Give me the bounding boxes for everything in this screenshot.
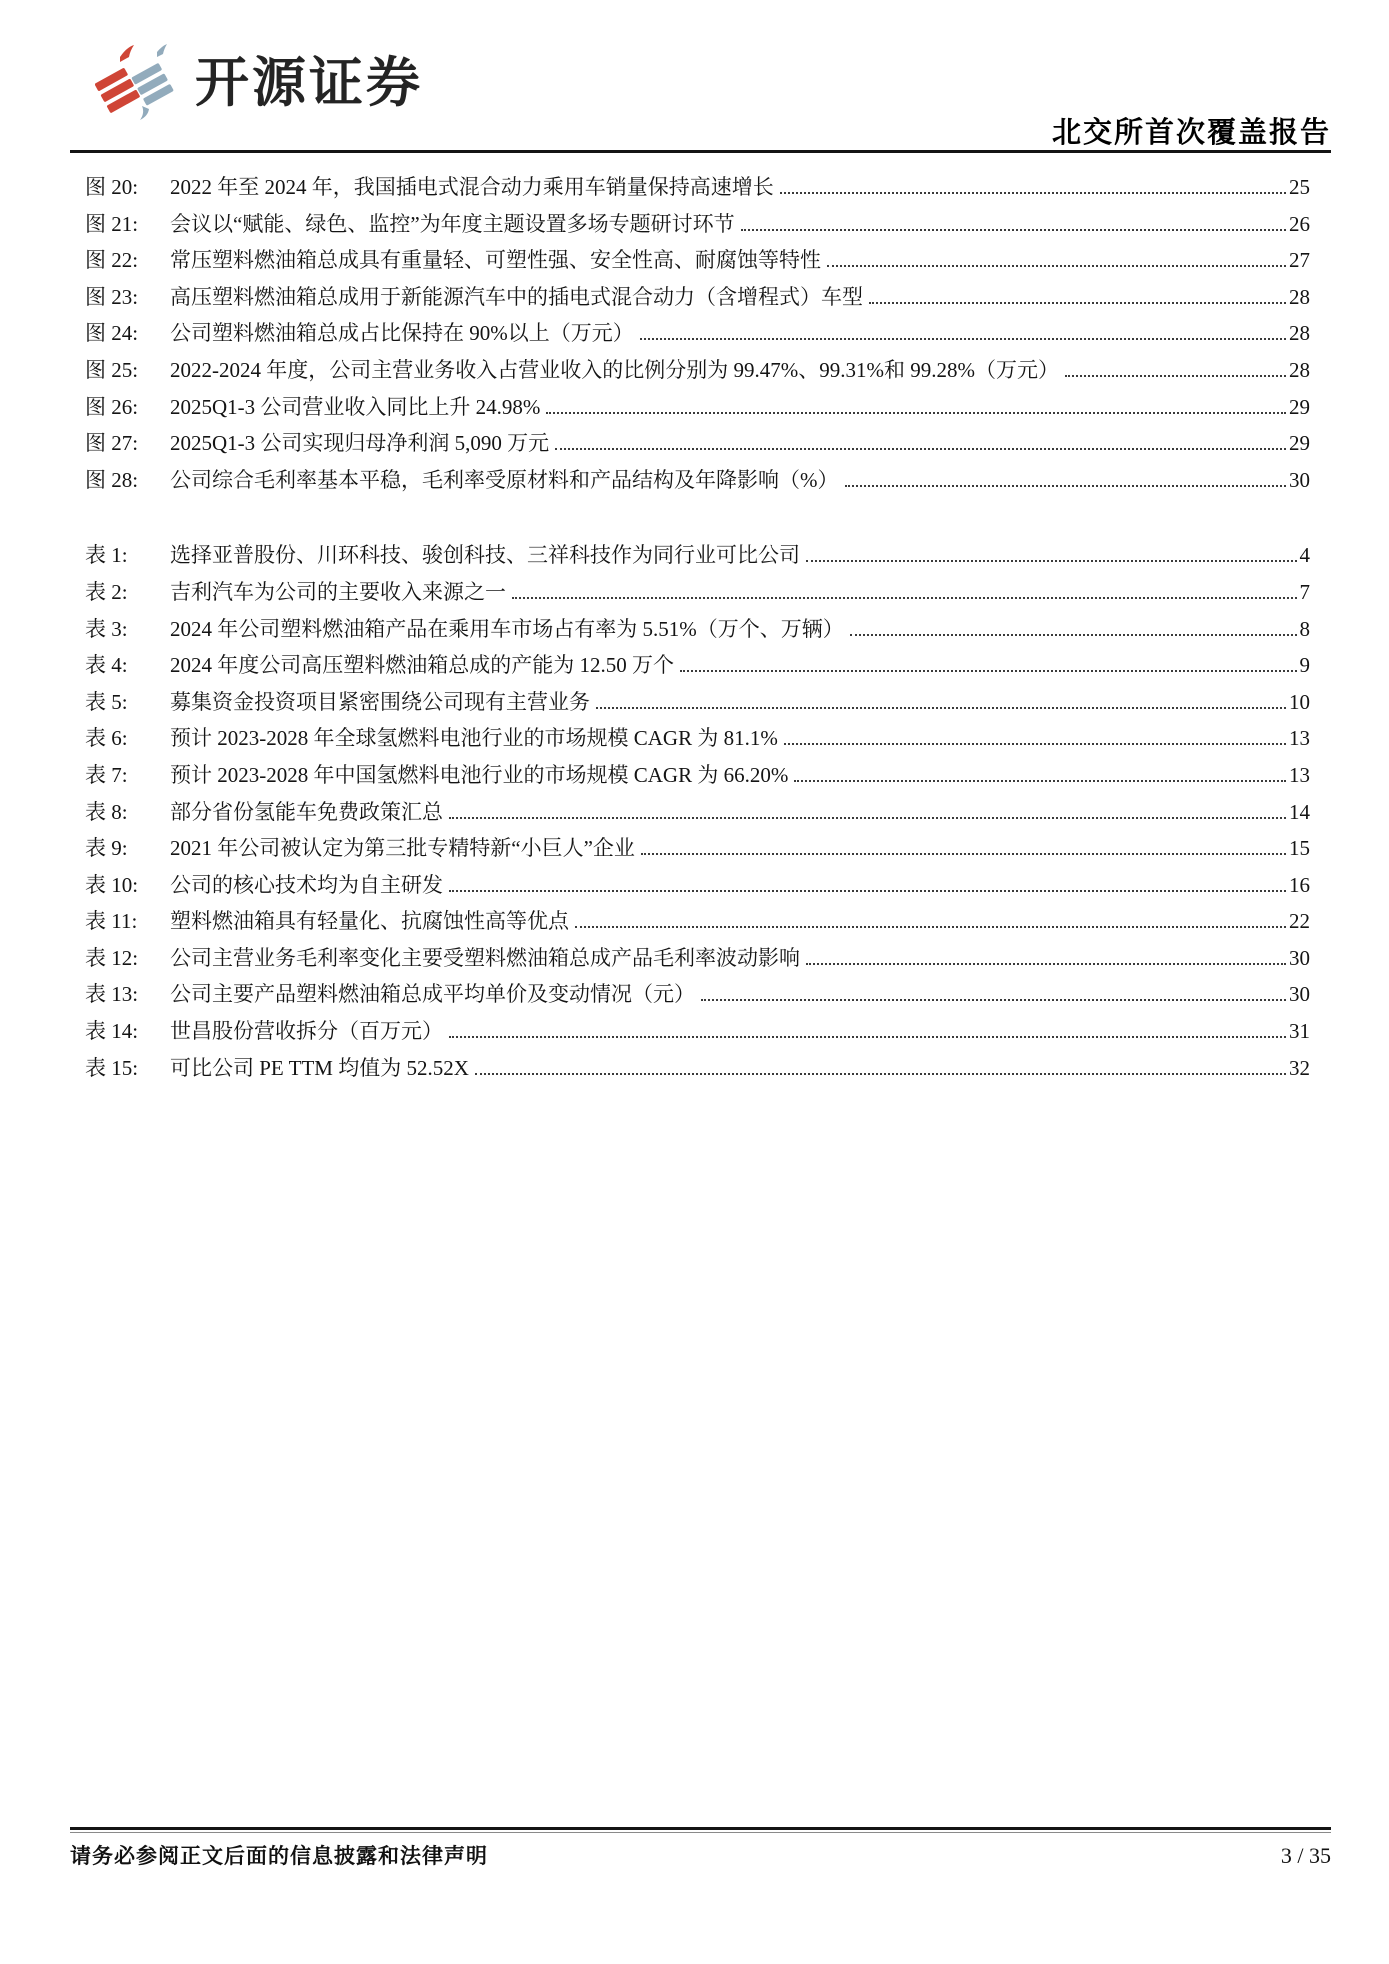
figure-toc-entry[interactable]: 图 27:2025Q1-3 公司实现归母净利润 5,090 万元29 <box>85 425 1310 462</box>
toc-entry-page-number: 30 <box>1289 976 1310 1013</box>
toc-dot-leader <box>555 448 1286 450</box>
toc-dot-leader <box>640 338 1286 340</box>
toc-entry-page-number: 29 <box>1289 425 1310 462</box>
toc-dot-leader <box>596 707 1286 709</box>
table-toc-entry[interactable]: 表 7:预计 2023-2028 年中国氢燃料电池行业的市场规模 CAGR 为 … <box>85 757 1310 794</box>
page-footer: 请务必参阅正文后面的信息披露和法律声明 3 / 35 <box>70 1827 1331 1870</box>
kaiyuan-securities-logo-icon <box>95 44 177 122</box>
toc-entry-page-number: 26 <box>1289 206 1310 243</box>
toc-entry-page-number: 14 <box>1289 794 1310 831</box>
toc-entry-title: 2022-2024 年度，公司主营业务收入占营业收入的比例分别为 99.47%、… <box>170 352 1059 389</box>
toc-dot-leader <box>784 743 1286 745</box>
toc-entry-label: 图 21: <box>85 206 170 243</box>
toc-entry-page-number: 15 <box>1289 830 1310 867</box>
table-toc-entry[interactable]: 表 8:部分省份氢能车免费政策汇总14 <box>85 794 1310 831</box>
figures-toc-list: 图 20:2022 年至 2024 年，我国插电式混合动力乘用车销量保持高速增长… <box>85 169 1310 498</box>
table-toc-entry[interactable]: 表 12:公司主营业务毛利率变化主要受塑料燃油箱总成产品毛利率波动影响30 <box>85 940 1310 977</box>
toc-entry-title: 塑料燃油箱具有轻量化、抗腐蚀性高等优点 <box>170 903 569 940</box>
toc-dot-leader <box>680 670 1297 672</box>
toc-entry-title: 募集资金投资项目紧密围绕公司现有主营业务 <box>170 684 590 721</box>
toc-entry-title: 选择亚普股份、川环科技、骏创科技、三祥科技作为同行业可比公司 <box>170 537 800 574</box>
toc-entry-label: 图 26: <box>85 389 170 426</box>
toc-entry-title: 2025Q1-3 公司实现归母净利润 5,090 万元 <box>170 425 549 462</box>
toc-entry-page-number: 30 <box>1289 462 1310 499</box>
header-divider <box>70 150 1331 153</box>
toc-entry-page-number: 28 <box>1289 315 1310 352</box>
toc-entry-page-number: 32 <box>1289 1050 1310 1087</box>
toc-entry-page-number: 28 <box>1289 352 1310 389</box>
toc-entry-page-number: 4 <box>1300 537 1311 574</box>
toc-entry-label: 表 1: <box>85 537 170 574</box>
toc-entry-title: 2024 年公司塑料燃油箱产品在乘用车市场占有率为 5.51%（万个、万辆） <box>170 611 844 648</box>
toc-entry-label: 图 27: <box>85 425 170 462</box>
report-type-label: 北交所首次覆盖报告 <box>1052 110 1331 151</box>
toc-dot-leader <box>1065 375 1286 377</box>
toc-dot-leader <box>512 597 1297 599</box>
toc-entry-label: 表 8: <box>85 794 170 831</box>
brand-logo: 开源证券 <box>95 44 423 122</box>
toc-entry-label: 图 25: <box>85 352 170 389</box>
toc-dot-leader <box>806 560 1297 562</box>
toc-entry-label: 表 11: <box>85 903 170 940</box>
table-toc-entry[interactable]: 表 2:吉利汽车为公司的主要收入来源之一7 <box>85 574 1310 611</box>
toc-entry-title: 公司的核心技术均为自主研发 <box>170 867 443 904</box>
toc-dot-leader <box>794 780 1286 782</box>
toc-entry-label: 图 20: <box>85 169 170 206</box>
toc-entry-label: 图 24: <box>85 315 170 352</box>
toc-dot-leader <box>845 485 1287 487</box>
figure-toc-entry[interactable]: 图 21:会议以“赋能、绿色、监控”为年度主题设置多场专题研讨环节26 <box>85 206 1310 243</box>
table-toc-entry[interactable]: 表 6:预计 2023-2028 年全球氢燃料电池行业的市场规模 CAGR 为 … <box>85 720 1310 757</box>
footer-divider <box>70 1827 1331 1830</box>
page-number-indicator: 3 / 35 <box>1281 1843 1331 1869</box>
toc-dot-leader <box>449 817 1286 819</box>
legal-disclaimer: 请务必参阅正文后面的信息披露和法律声明 <box>70 1840 488 1870</box>
toc-entry-title: 常压塑料燃油箱总成具有重量轻、可塑性强、安全性高、耐腐蚀等特性 <box>170 242 821 279</box>
toc-entry-page-number: 22 <box>1289 903 1310 940</box>
toc-entry-label: 表 9: <box>85 830 170 867</box>
toc-entry-page-number: 7 <box>1300 574 1311 611</box>
table-toc-entry[interactable]: 表 13:公司主要产品塑料燃油箱总成平均单价及变动情况（元）30 <box>85 976 1310 1013</box>
toc-entry-page-number: 29 <box>1289 389 1310 426</box>
toc-entry-label: 表 7: <box>85 757 170 794</box>
toc-entry-title: 预计 2023-2028 年中国氢燃料电池行业的市场规模 CAGR 为 66.2… <box>170 757 788 794</box>
toc-entry-title: 公司主营业务毛利率变化主要受塑料燃油箱总成产品毛利率波动影响 <box>170 940 800 977</box>
table-toc-entry[interactable]: 表 10:公司的核心技术均为自主研发16 <box>85 867 1310 904</box>
toc-entry-label: 图 22: <box>85 242 170 279</box>
figure-toc-entry[interactable]: 图 20:2022 年至 2024 年，我国插电式混合动力乘用车销量保持高速增长… <box>85 169 1310 206</box>
toc-dot-leader <box>850 634 1297 636</box>
toc-entry-page-number: 25 <box>1289 169 1310 206</box>
toc-entry-title: 公司综合毛利率基本平稳，毛利率受原材料和产品结构及年降影响（%） <box>170 462 839 499</box>
toc-dot-leader <box>701 999 1286 1001</box>
brand-name: 开源证券 <box>195 44 423 122</box>
toc-entry-page-number: 9 <box>1300 647 1311 684</box>
toc-entry-title: 可比公司 PE TTM 均值为 52.52X <box>170 1050 469 1087</box>
figure-toc-entry[interactable]: 图 24:公司塑料燃油箱总成占比保持在 90%以上（万元）28 <box>85 315 1310 352</box>
toc-entry-page-number: 28 <box>1289 279 1310 316</box>
toc-entry-title: 高压塑料燃油箱总成用于新能源汽车中的插电式混合动力（含增程式）车型 <box>170 279 863 316</box>
table-toc-entry[interactable]: 表 4:2024 年度公司高压塑料燃油箱总成的产能为 12.50 万个9 <box>85 647 1310 684</box>
toc-entry-title: 2024 年度公司高压塑料燃油箱总成的产能为 12.50 万个 <box>170 647 674 684</box>
toc-entry-title: 公司塑料燃油箱总成占比保持在 90%以上（万元） <box>170 315 634 352</box>
toc-entry-title: 预计 2023-2028 年全球氢燃料电池行业的市场规模 CAGR 为 81.1… <box>170 720 778 757</box>
table-toc-entry[interactable]: 表 15:可比公司 PE TTM 均值为 52.52X32 <box>85 1050 1310 1087</box>
toc-entry-label: 表 2: <box>85 574 170 611</box>
toc-entry-label: 图 28: <box>85 462 170 499</box>
toc-entry-label: 表 10: <box>85 867 170 904</box>
toc-entry-page-number: 13 <box>1289 720 1310 757</box>
toc-entry-title: 2021 年公司被认定为第三批专精特新“小巨人”企业 <box>170 830 635 867</box>
toc-entry-page-number: 16 <box>1289 867 1310 904</box>
toc-entry-page-number: 8 <box>1300 611 1311 648</box>
toc-entry-page-number: 27 <box>1289 242 1310 279</box>
toc-entry-title: 吉利汽车为公司的主要收入来源之一 <box>170 574 506 611</box>
table-toc-entry[interactable]: 表 9:2021 年公司被认定为第三批专精特新“小巨人”企业15 <box>85 830 1310 867</box>
figure-toc-entry[interactable]: 图 25:2022-2024 年度，公司主营业务收入占营业收入的比例分别为 99… <box>85 352 1310 389</box>
toc-entry-label: 表 5: <box>85 684 170 721</box>
footer-divider-shadow <box>70 1832 1331 1834</box>
toc-entry-page-number: 31 <box>1289 1013 1310 1050</box>
toc-entry-label: 表 12: <box>85 940 170 977</box>
toc-entry-label: 表 13: <box>85 976 170 1013</box>
toc-dot-leader <box>780 192 1286 194</box>
table-toc-entry[interactable]: 表 3:2024 年公司塑料燃油箱产品在乘用车市场占有率为 5.51%（万个、万… <box>85 611 1310 648</box>
toc-entry-page-number: 10 <box>1289 684 1310 721</box>
table-toc-entry[interactable]: 表 5:募集资金投资项目紧密围绕公司现有主营业务10 <box>85 684 1310 721</box>
toc-dot-leader <box>641 853 1286 855</box>
table-of-contents: 图 20:2022 年至 2024 年，我国插电式混合动力乘用车销量保持高速增长… <box>70 169 1331 1086</box>
toc-entry-title: 部分省份氢能车免费政策汇总 <box>170 794 443 831</box>
figure-toc-entry[interactable]: 图 28:公司综合毛利率基本平稳，毛利率受原材料和产品结构及年降影响（%）30 <box>85 462 1310 499</box>
tables-toc-list: 表 1:选择亚普股份、川环科技、骏创科技、三祥科技作为同行业可比公司4表 2:吉… <box>85 537 1310 1086</box>
toc-entry-page-number: 30 <box>1289 940 1310 977</box>
figure-toc-entry[interactable]: 图 22:常压塑料燃油箱总成具有重量轻、可塑性强、安全性高、耐腐蚀等特性27 <box>85 242 1310 279</box>
toc-dot-leader <box>449 1036 1286 1038</box>
toc-entry-label: 表 14: <box>85 1013 170 1050</box>
figure-toc-entry[interactable]: 图 26:2025Q1-3 公司营业收入同比上升 24.98%29 <box>85 389 1310 426</box>
toc-entry-title: 世昌股份营收拆分（百万元） <box>170 1013 443 1050</box>
toc-entry-page-number: 13 <box>1289 757 1310 794</box>
toc-entry-title: 会议以“赋能、绿色、监控”为年度主题设置多场专题研讨环节 <box>170 206 735 243</box>
report-page: 开源证券 北交所首次覆盖报告 图 20:2022 年至 2024 年，我国插电式… <box>0 0 1389 1964</box>
toc-dot-leader <box>449 890 1286 892</box>
toc-entry-label: 表 6: <box>85 720 170 757</box>
toc-dot-leader <box>869 302 1286 304</box>
toc-entry-title: 2025Q1-3 公司营业收入同比上升 24.98% <box>170 389 540 426</box>
table-toc-entry[interactable]: 表 11:塑料燃油箱具有轻量化、抗腐蚀性高等优点22 <box>85 903 1310 940</box>
toc-dot-leader <box>806 963 1286 965</box>
toc-dot-leader <box>546 412 1286 414</box>
toc-entry-label: 表 4: <box>85 647 170 684</box>
figure-toc-entry[interactable]: 图 23:高压塑料燃油箱总成用于新能源汽车中的插电式混合动力（含增程式）车型28 <box>85 279 1310 316</box>
toc-dot-leader <box>827 265 1286 267</box>
toc-dot-leader <box>741 229 1286 231</box>
toc-dot-leader <box>475 1073 1286 1075</box>
toc-dot-leader <box>575 926 1286 928</box>
toc-entry-label: 图 23: <box>85 279 170 316</box>
toc-entry-label: 表 15: <box>85 1050 170 1087</box>
table-toc-entry[interactable]: 表 14:世昌股份营收拆分（百万元）31 <box>85 1013 1310 1050</box>
toc-entry-title: 公司主要产品塑料燃油箱总成平均单价及变动情况（元） <box>170 976 695 1013</box>
table-toc-entry[interactable]: 表 1:选择亚普股份、川环科技、骏创科技、三祥科技作为同行业可比公司4 <box>85 537 1310 574</box>
toc-entry-title: 2022 年至 2024 年，我国插电式混合动力乘用车销量保持高速增长 <box>170 169 774 206</box>
toc-entry-label: 表 3: <box>85 611 170 648</box>
